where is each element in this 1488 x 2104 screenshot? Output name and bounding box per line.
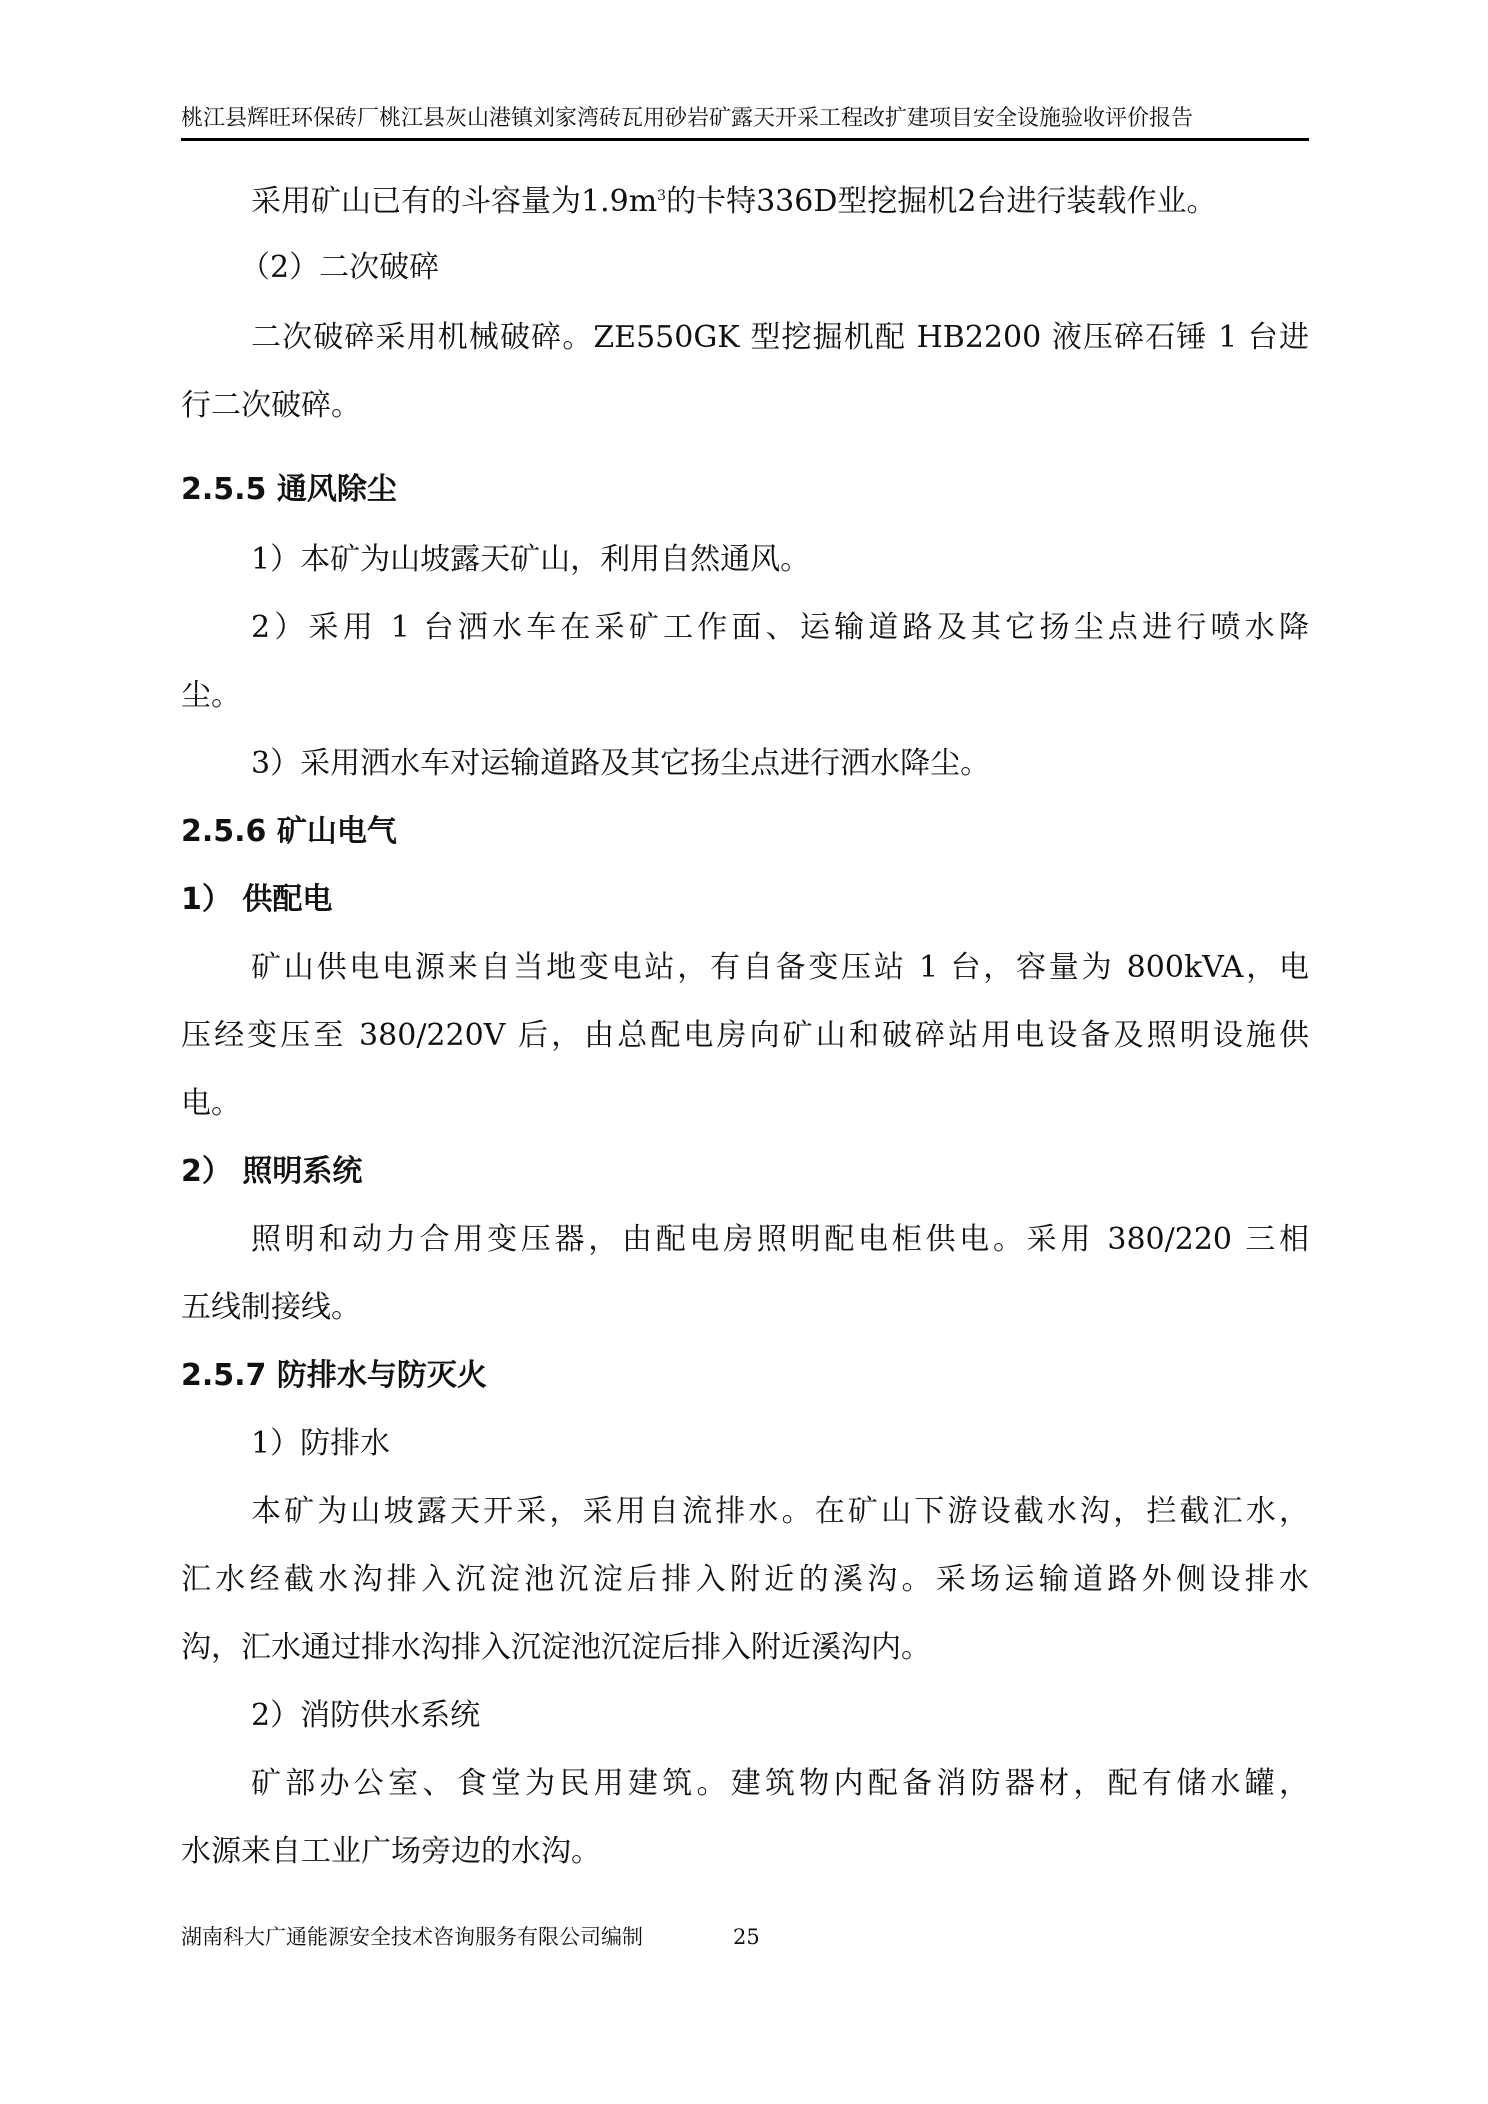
superscript: 3 bbox=[657, 188, 666, 204]
text-span: 采用矿山已有的斗容量为1.9m bbox=[251, 184, 657, 219]
section-heading-2-5-7: 2.5.7 防排水与防灭火 bbox=[181, 1356, 1309, 1396]
paragraph-line: 矿山供电电源来自当地变电站，有自备变压站 1 台，容量为 800kVA，电 bbox=[251, 948, 1309, 988]
paragraph-line: 矿部办公室、食堂为民用建筑。建筑物内配备消防器材，配有储水罐， bbox=[251, 1764, 1309, 1804]
paragraph-line: 二次破碎采用机械破碎。ZE550GK 型挖掘机配 HB2200 液压碎石锤 1 … bbox=[251, 318, 1309, 358]
subsection-title-secondary-crushing: （2）二次破碎 bbox=[240, 248, 1368, 288]
paragraph-line: 汇水经截水沟排入沉淀池沉淀后排入附近的溪沟。采场运输道路外侧设排水 bbox=[181, 1560, 1309, 1600]
footer-company: 湖南科大广通能源安全技术咨询服务有限公司编制 bbox=[181, 1922, 643, 1952]
list-item: 2）采用 1 台洒水车在采矿工作面、运输道路及其它扬尘点进行喷水降 bbox=[251, 608, 1309, 648]
list-item: 3）采用洒水车对运输道路及其它扬尘点进行洒水降尘。 bbox=[251, 744, 1309, 784]
paragraph-line: 照明和动力合用变压器，由配电房照明配电柜供电。采用 380/220 三相 bbox=[251, 1220, 1309, 1260]
page-number: 25 bbox=[733, 1922, 760, 1952]
paragraph-line: 行二次破碎。 bbox=[181, 386, 1309, 426]
subsection-title-drainage: 1）防排水 bbox=[251, 1424, 1309, 1464]
paragraph-line: 沟，汇水通过排水沟排入沉淀池沉淀后排入附近溪沟内。 bbox=[181, 1628, 1309, 1668]
section-heading-2-5-6: 2.5.6 矿山电气 bbox=[181, 812, 1309, 852]
paragraph-line: 电。 bbox=[181, 1084, 1309, 1124]
paragraph-loader: 采用矿山已有的斗容量为1.9m3的卡特336D型挖掘机2台进行装载作业。 bbox=[251, 182, 1309, 222]
paragraph-line: 五线制接线。 bbox=[181, 1288, 1309, 1328]
list-item: 1）本矿为山坡露天矿山，利用自然通风。 bbox=[251, 540, 1309, 580]
paragraph-line: 压经变压至 380/220V 后，由总配电房向矿山和破碎站用电设备及照明设施供 bbox=[181, 1016, 1309, 1056]
subsection-title-lighting: 2） 照明系统 bbox=[181, 1152, 1309, 1192]
text-span: 的卡特336D型挖掘机2台进行装载作业。 bbox=[666, 184, 1216, 219]
paragraph-line: 水源来自工业广场旁边的水沟。 bbox=[181, 1832, 1309, 1872]
section-heading-2-5-5: 2.5.5 通风除尘 bbox=[181, 470, 1309, 510]
subsection-title-fire-water: 2）消防供水系统 bbox=[251, 1696, 1309, 1736]
subsection-title-power-supply: 1） 供配电 bbox=[181, 880, 1309, 920]
page-header: 桃江县辉旺环保砖厂桃江县灰山港镇刘家湾砖瓦用砂岩矿露天开采工程改扩建项目安全设施… bbox=[181, 104, 1309, 141]
paragraph-line: 尘。 bbox=[181, 676, 1309, 716]
paragraph-line: 本矿为山坡露天开采，采用自流排水。在矿山下游设截水沟，拦截汇水， bbox=[251, 1492, 1309, 1532]
